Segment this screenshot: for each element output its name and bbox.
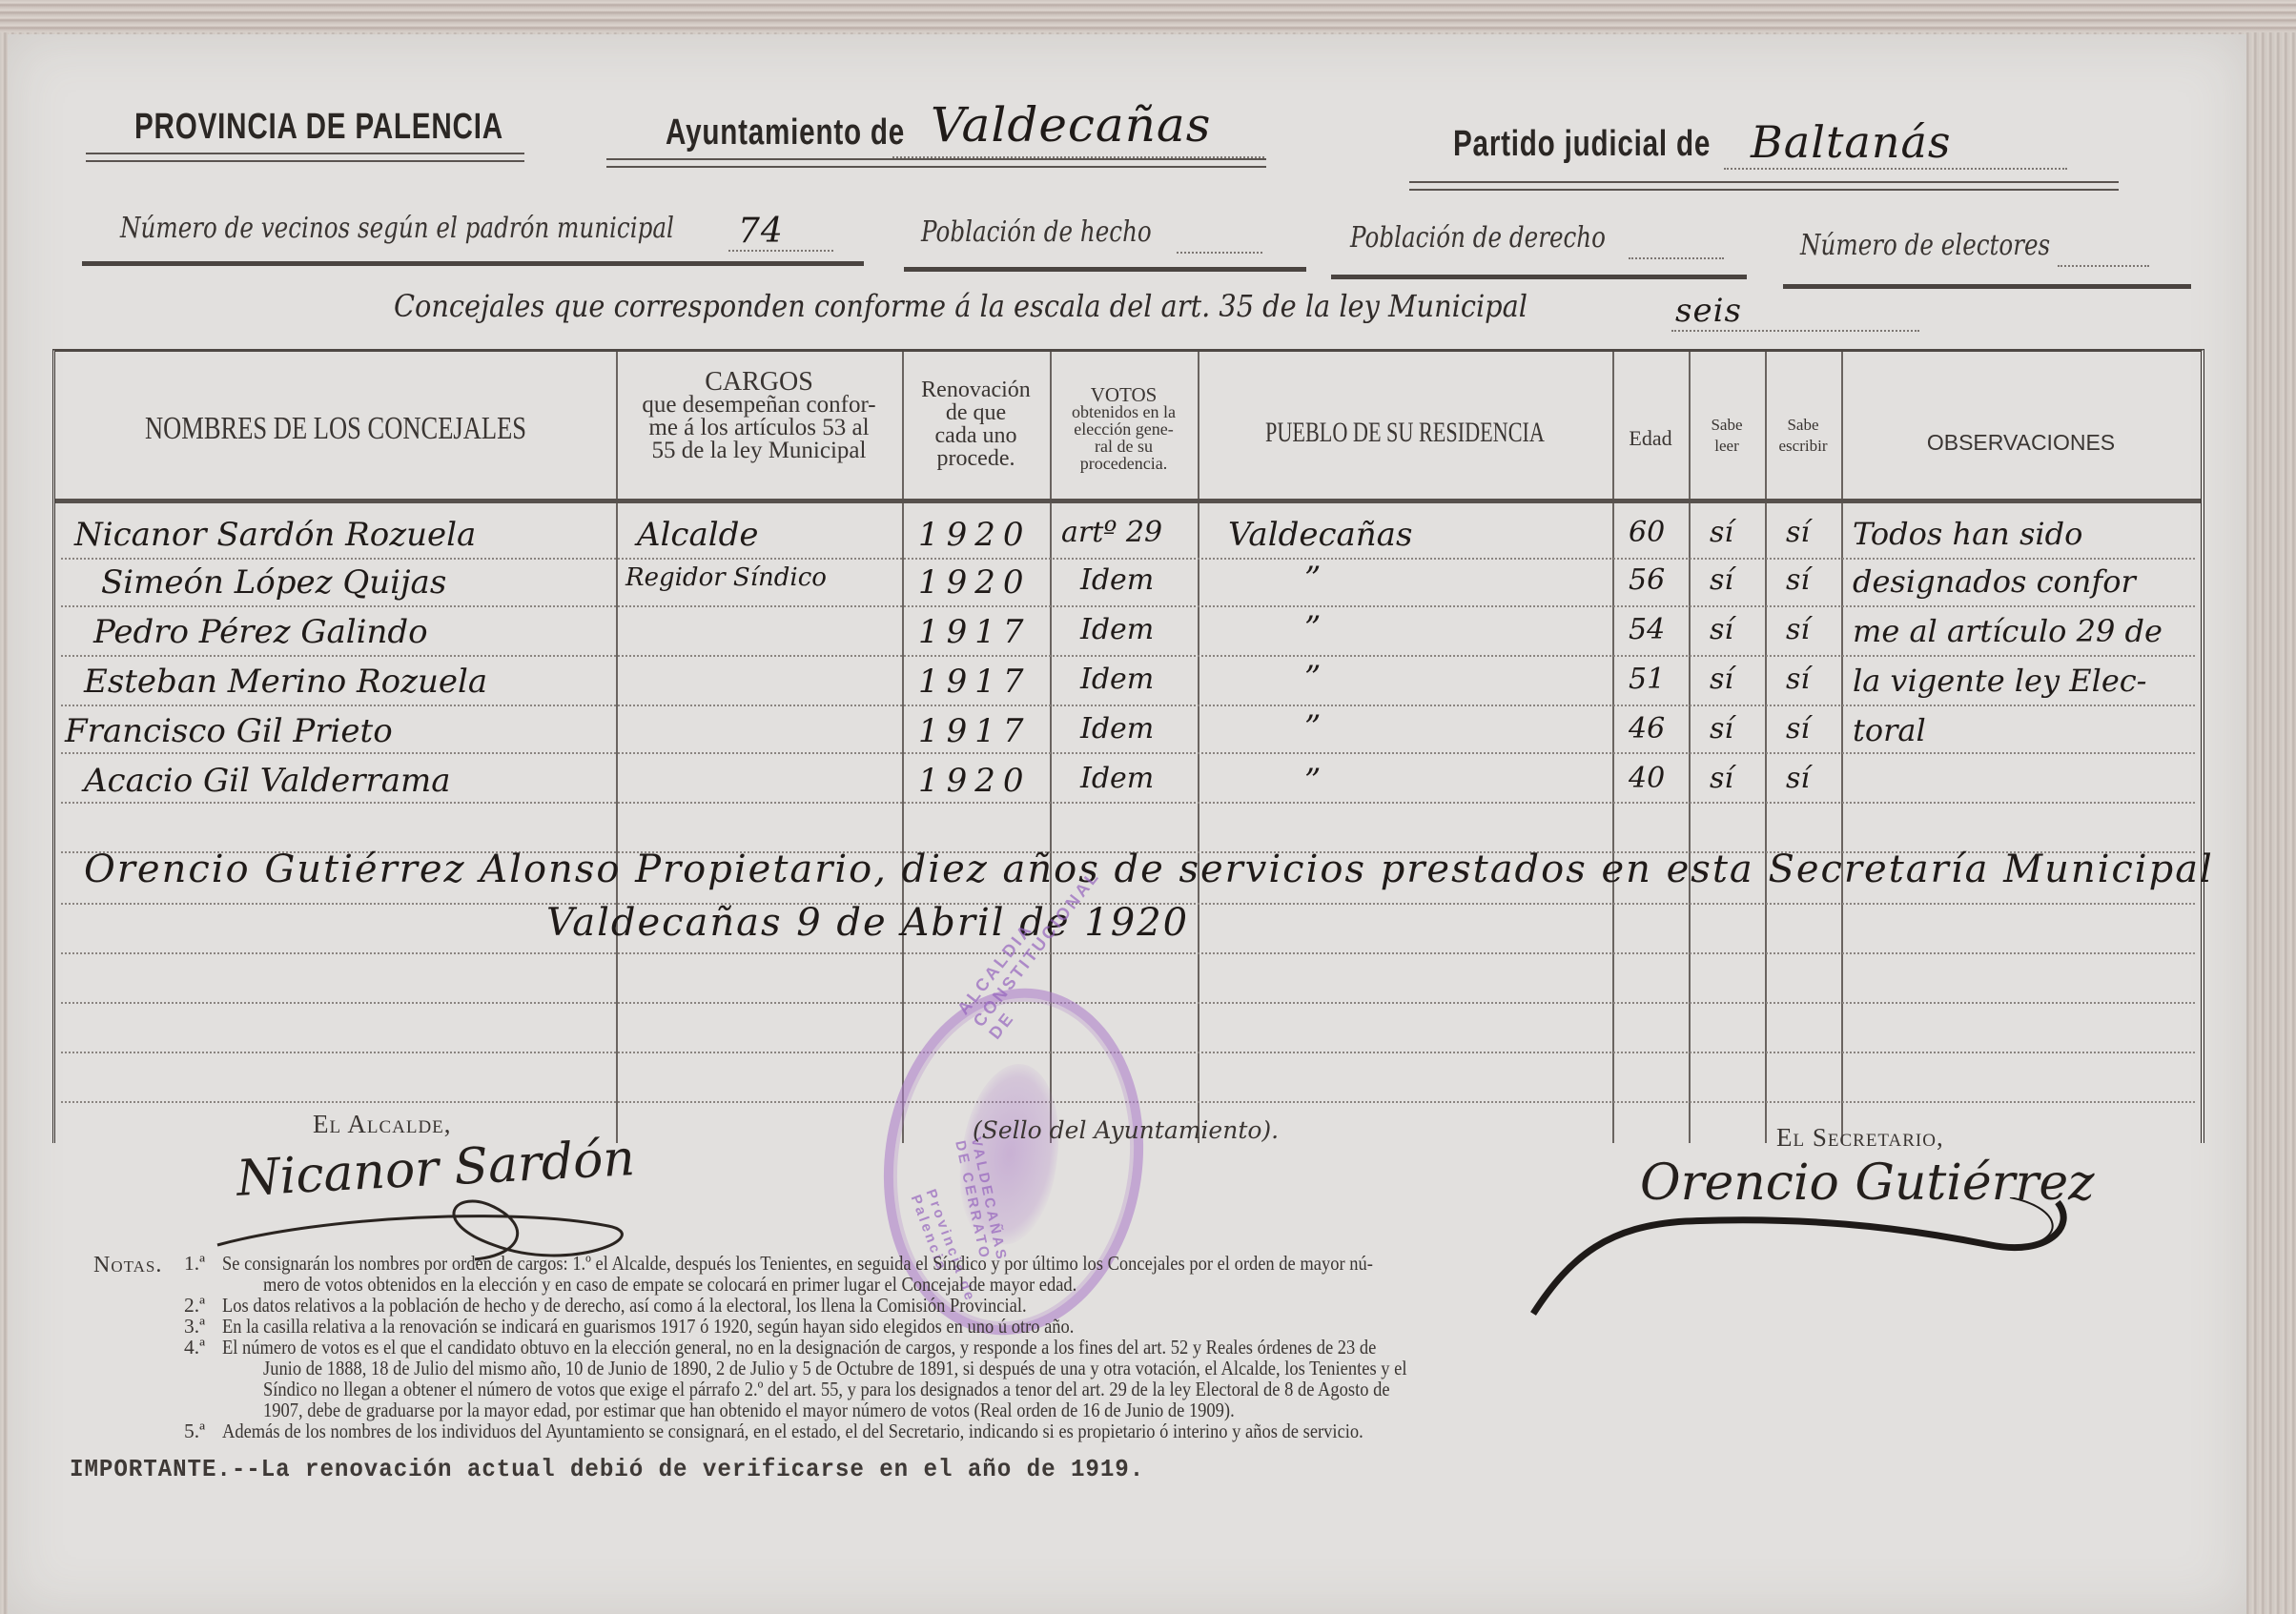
secretario-label: El Secretario, (1776, 1123, 1944, 1153)
electores-field[interactable] (2058, 244, 2149, 267)
cell-edad: 40 (1629, 762, 1665, 795)
secretario-rubric-icon (1495, 1197, 2105, 1321)
cell-pueblo: ” (1304, 762, 1321, 800)
cell-nombre: Francisco Gil Prieto (65, 712, 393, 750)
header-cargos: CARGOS que desempeñan confor- me á los a… (616, 371, 902, 462)
cell-escribir: sí (1786, 613, 1810, 646)
vecinos-value: 74 (738, 212, 784, 251)
ledger-top-edge (0, 0, 2296, 32)
header-renovacion-4: procede. (902, 447, 1050, 470)
col-sep-observaciones (1841, 352, 1843, 1143)
poblacion-hecho-label: Población de hecho (921, 215, 1152, 249)
cell-votos: Idem (1080, 762, 1154, 795)
header-separator (55, 499, 2201, 503)
header-cargos-sub2: me á los artículos 53 al (616, 417, 902, 439)
note-text: Síndico no llegan a obtener el número de… (263, 1379, 1390, 1399)
cell-votos: Idem (1080, 563, 1154, 597)
row-line (61, 605, 2195, 607)
note-text: El número de votos es el que el candidat… (222, 1337, 1376, 1358)
note-text: Junio de 1888, 18 de Julio del mismo año… (263, 1358, 1406, 1379)
concejales-table: NOMBRES DE LOS CONCEJALES CARGOS que des… (52, 349, 2204, 1143)
header-escribir-2: escribir (1765, 436, 1841, 457)
header-votos-2: elección gene- (1050, 420, 1198, 438)
cell-nombre: Simeón López Quijas (101, 563, 446, 602)
secretario-line: Orencio Gutiérrez Alonso Propietario, di… (84, 848, 2214, 891)
ayuntamiento-rule (606, 158, 1266, 168)
row-line (61, 705, 2195, 706)
header-cargos-sub3: 55 de la ley Municipal (616, 439, 902, 462)
header-cargos-title: CARGOS (616, 371, 902, 394)
cell-renovacion: 1917 (918, 663, 1032, 701)
header-escribir-1: Sabe (1765, 415, 1841, 436)
note-text: Se consignarán los nombres por orden de … (222, 1253, 1373, 1274)
row-line (61, 558, 2195, 560)
electores-rule (1783, 284, 2191, 289)
header-votos-title: VOTOS (1050, 386, 1198, 403)
ayuntamiento-value: Valdecañas (931, 97, 1211, 153)
cell-renovacion: 1920 (918, 762, 1032, 800)
ayuntamiento-label: Ayuntamiento de (666, 112, 905, 153)
cell-votos: Idem (1080, 613, 1154, 646)
cell-renovacion: 1917 (918, 712, 1032, 750)
cell-edad: 60 (1629, 516, 1665, 549)
cell-votos: artº 29 (1061, 516, 1162, 549)
poblacion-hecho-rule (904, 267, 1306, 272)
row-line (61, 952, 2195, 954)
form-sheet: PROVINCIA DE PALENCIA Ayuntamiento de Va… (8, 34, 2246, 1614)
cell-escribir: sí (1786, 516, 1810, 549)
cell-escribir: sí (1786, 762, 1810, 795)
col-sep-edad (1612, 352, 1614, 1143)
header-votos-1: obtenidos en la (1050, 403, 1198, 420)
poblacion-derecho-label: Población de derecho (1350, 221, 1606, 255)
note-text: En la casilla relativa a la renovación s… (222, 1316, 1074, 1337)
concejales-value: seis (1675, 292, 1742, 330)
cell-nombre: Esteban Merino Rozuela (84, 663, 487, 701)
header-votos-3: ral de su (1050, 438, 1198, 455)
header-pueblo: PUEBLO DE SU RESIDENCIA (1252, 417, 1559, 449)
cell-leer: sí (1710, 563, 1733, 597)
cell-edad: 46 (1629, 712, 1665, 746)
note-number: 5.ª (184, 1420, 205, 1441)
partido-rule (1409, 181, 2119, 191)
header-leer-2: leer (1689, 436, 1765, 457)
note-text: mero de votos obtenidos en la elección y… (263, 1274, 1076, 1295)
observaciones-line: la vigente ley Elec- (1853, 663, 2146, 699)
observaciones-line: me al artículo 29 de (1853, 613, 2163, 649)
cell-renovacion: 1917 (918, 613, 1032, 651)
concejales-label: Concejales que corresponden conforme á l… (394, 288, 1527, 324)
cell-edad: 51 (1629, 663, 1665, 696)
note-number: 3.ª (184, 1316, 205, 1337)
cell-leer: sí (1710, 613, 1733, 646)
cell-renovacion: 1920 (918, 516, 1032, 554)
poblacion-derecho-field[interactable] (1629, 236, 1724, 259)
electores-label: Número de electores (1800, 229, 2050, 262)
header-votos-4: procedencia. (1050, 455, 1198, 472)
header-votos: VOTOS obtenidos en la elección gene- ral… (1050, 386, 1198, 472)
cell-pueblo: ” (1304, 560, 1321, 598)
row-line (61, 1052, 2195, 1053)
sello-label: (Sello del Ayuntamiento). (973, 1116, 1279, 1144)
cell-escribir: sí (1786, 563, 1810, 597)
cell-leer: sí (1710, 663, 1733, 696)
vecinos-rule (82, 261, 864, 266)
row-line (61, 655, 2195, 657)
vecinos-field[interactable]: 74 (728, 221, 833, 252)
observaciones-line: designados confor (1853, 563, 2136, 600)
col-sep-pueblo (1198, 352, 1199, 1143)
cell-edad: 56 (1629, 563, 1665, 597)
cell-pueblo: ” (1304, 659, 1321, 697)
col-sep-escribir (1765, 352, 1767, 1143)
poblacion-derecho-rule (1331, 275, 1747, 279)
header-edad: Edad (1612, 426, 1689, 451)
vecinos-label: Número de vecinos según el padrón munici… (120, 212, 674, 245)
header-renovacion: Renovación de que cada uno procede. (902, 378, 1050, 470)
concejales-field[interactable]: seis (1671, 303, 1919, 332)
province-title: PROVINCIA DE PALENCIA (134, 107, 503, 148)
partido-value: Baltanás (1751, 116, 1952, 168)
header-leer: Sabe leer (1689, 415, 1765, 457)
header-observaciones: OBSERVACIONES (1841, 430, 2201, 456)
cell-pueblo: ” (1304, 609, 1321, 647)
cell-leer: sí (1710, 762, 1733, 795)
col-sep-cargos (616, 352, 618, 1143)
partido-field[interactable]: Baltanás (1724, 130, 2067, 170)
row-line (61, 752, 2195, 754)
note-text: Además de los nombres de los individuos … (222, 1420, 1363, 1441)
header-nombres: NOMBRES DE LOS CONCEJALES (117, 411, 555, 447)
header-cargos-sub1: que desempeñan confor- (616, 394, 902, 417)
cell-leer: sí (1710, 516, 1733, 549)
note-number: 2.ª (184, 1295, 205, 1316)
note-number: 1.ª (184, 1253, 205, 1274)
cell-cargo: Alcalde (637, 516, 759, 554)
cell-leer: sí (1710, 712, 1733, 746)
col-sep-leer (1689, 352, 1691, 1143)
row-line (61, 802, 2195, 804)
poblacion-hecho-field[interactable] (1177, 231, 1262, 254)
province-rule (86, 153, 524, 162)
notes-label: Notas. (93, 1255, 162, 1276)
cell-pueblo: Valdecañas (1228, 516, 1412, 554)
important-notice: IMPORTANTE.--La renovación actual debió … (70, 1455, 1144, 1483)
cell-edad: 54 (1629, 613, 1665, 646)
cell-renovacion: 1920 (918, 563, 1032, 602)
note-text: Los datos relativos a la población de he… (222, 1295, 1027, 1316)
cell-cargo: Regidor Síndico (625, 563, 827, 592)
cell-pueblo: ” (1304, 708, 1321, 746)
col-sep-renovacion (902, 352, 904, 1143)
cell-nombre: Nicanor Sardón Rozuela (74, 516, 476, 554)
header-renovacion-2: de que (902, 401, 1050, 424)
header-escribir: Sabe escribir (1765, 415, 1841, 457)
cell-escribir: sí (1786, 712, 1810, 746)
cell-votos: Idem (1080, 712, 1154, 746)
note-text: 1907, debe de graduarse por la mayor eda… (263, 1399, 1235, 1420)
observaciones-line: Todos han sido (1853, 516, 2082, 552)
cell-nombre: Pedro Pérez Galindo (93, 613, 428, 651)
alcalde-label: El Alcalde, (313, 1110, 452, 1139)
row-line (61, 1002, 2195, 1004)
ayuntamiento-field[interactable]: Valdecañas (892, 114, 1264, 158)
observaciones-line: toral (1853, 712, 1926, 748)
cell-nombre: Acacio Gil Valderrama (84, 762, 451, 800)
cell-escribir: sí (1786, 663, 1810, 696)
note-number: 4.ª (184, 1337, 205, 1358)
header-leer-1: Sabe (1689, 415, 1765, 436)
header-renovacion-3: cada uno (902, 424, 1050, 447)
header-renovacion-1: Renovación (902, 378, 1050, 401)
cell-votos: Idem (1080, 663, 1154, 696)
partido-label: Partido judicial de (1453, 124, 1711, 165)
